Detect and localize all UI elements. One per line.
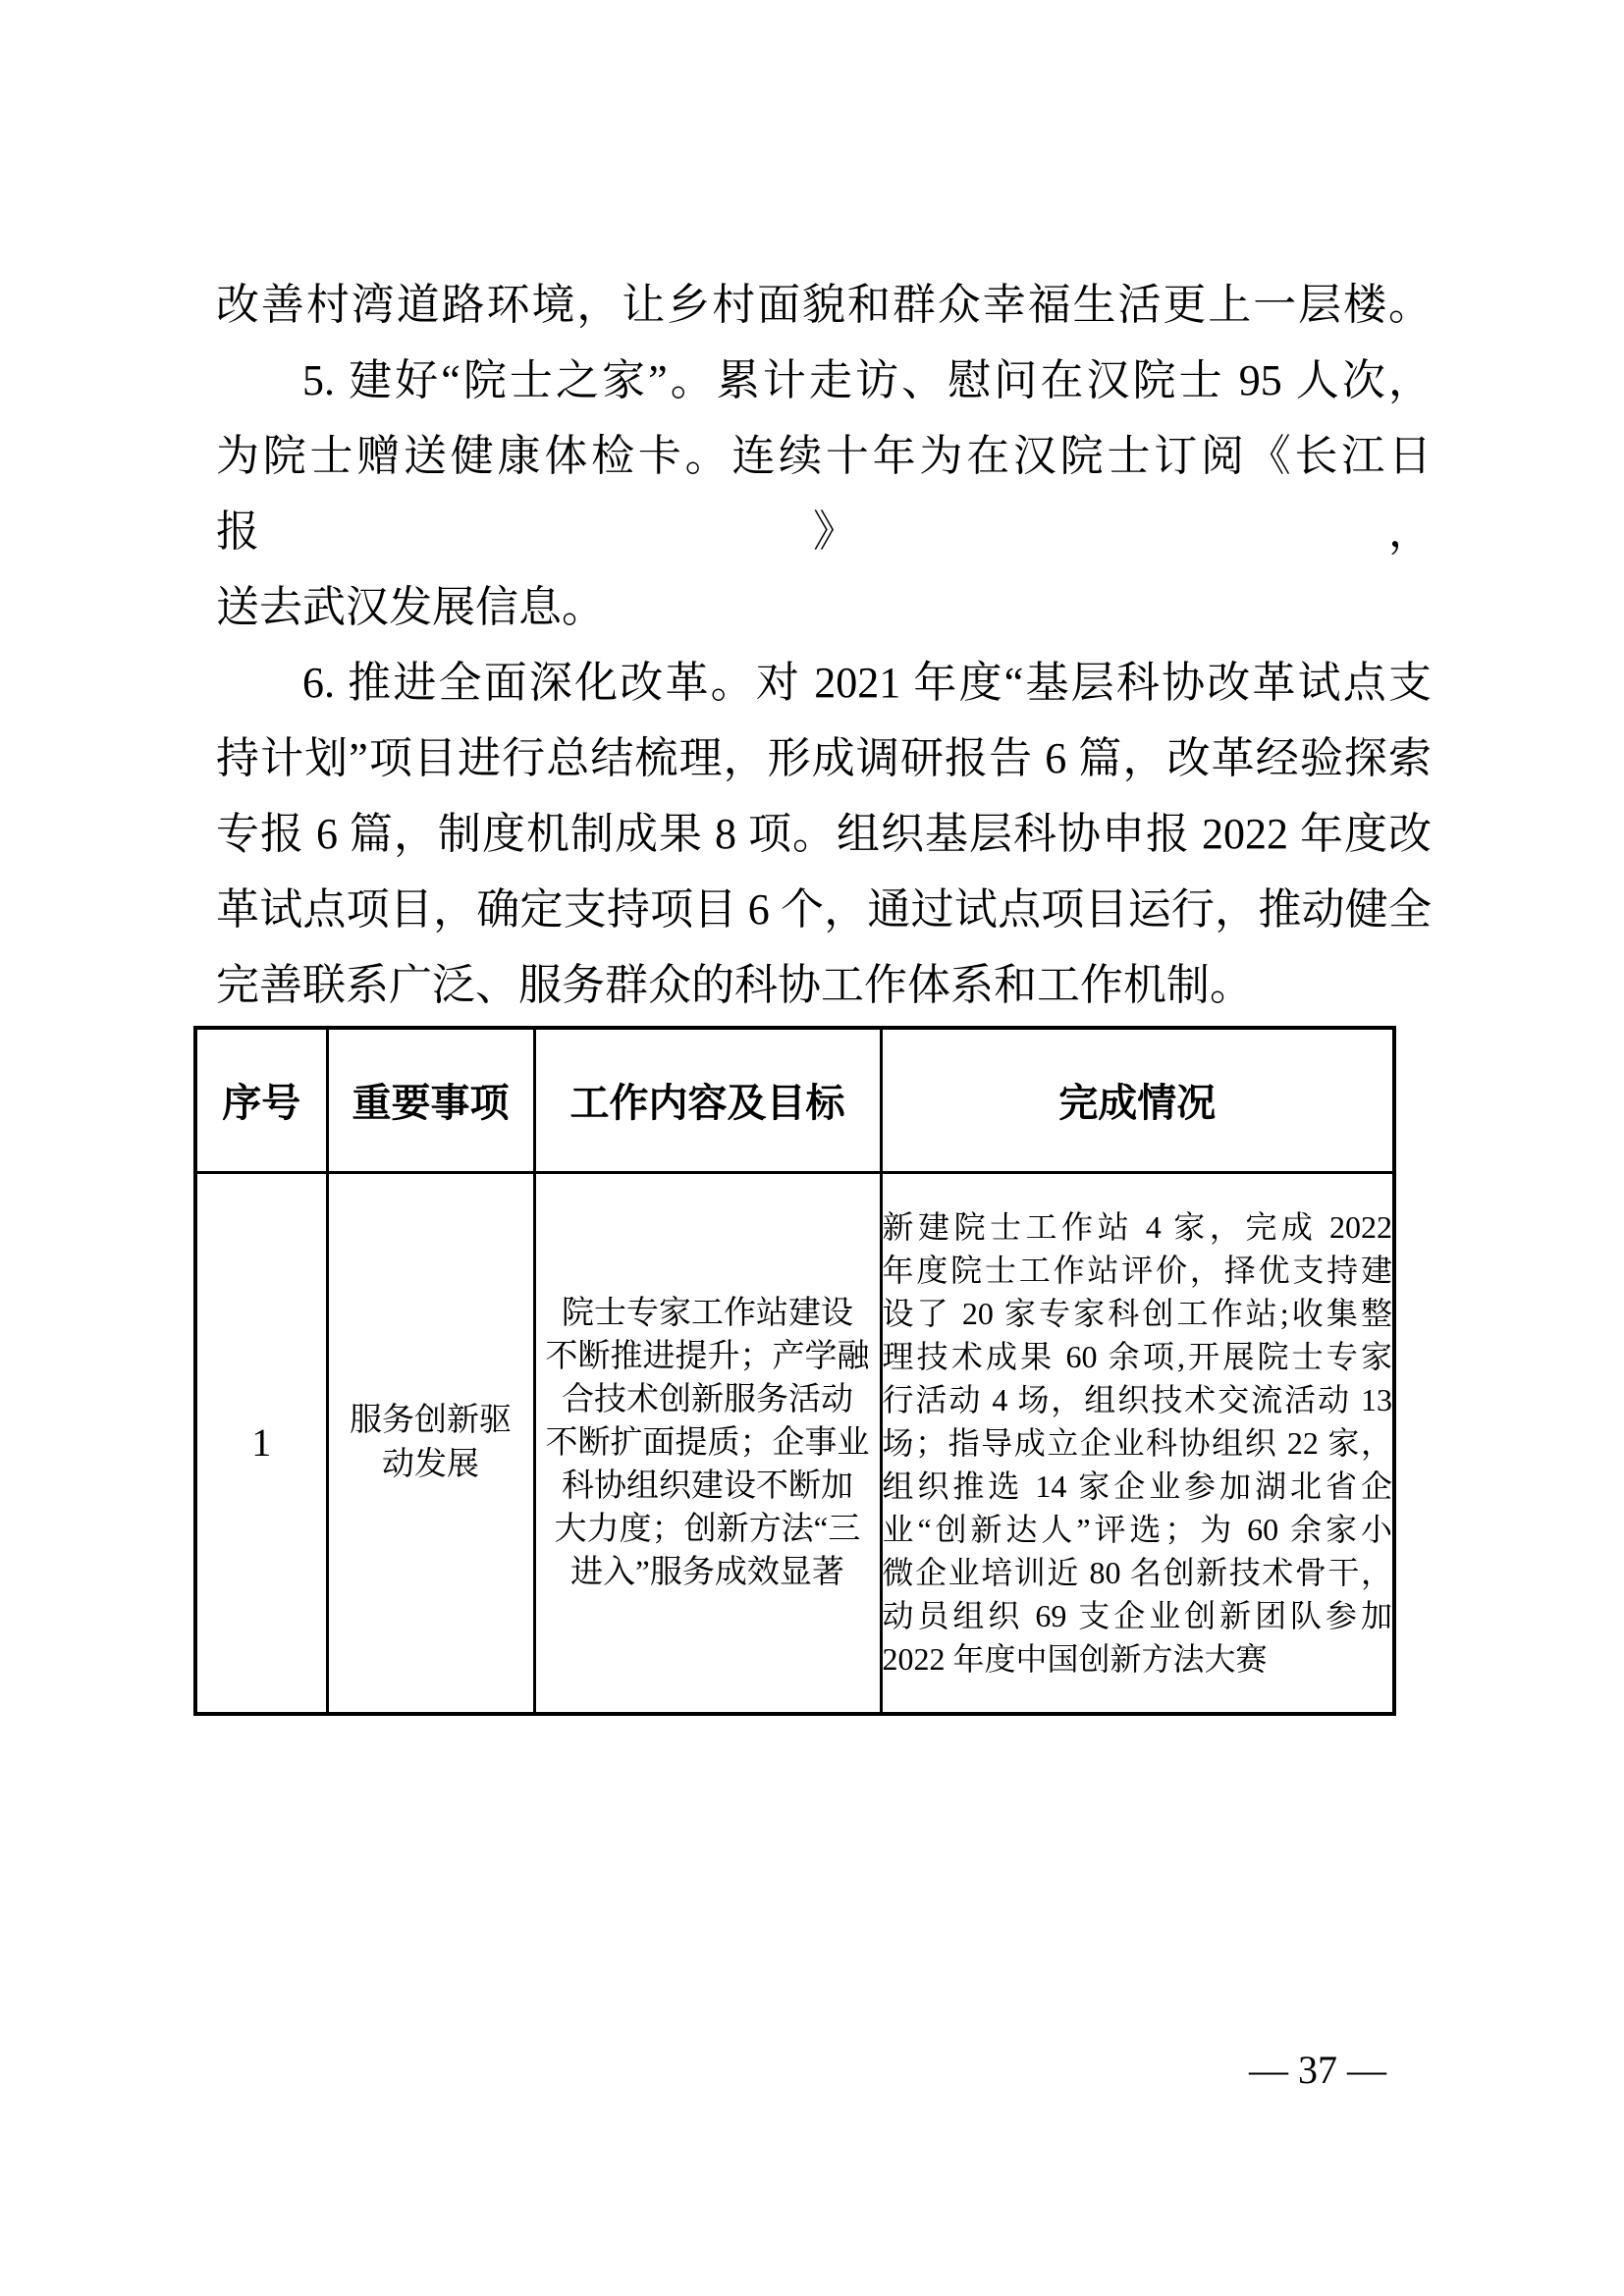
cell-item-line: 动发展 <box>329 1443 533 1487</box>
cell-goal: 院士专家工作站建设 不断推进提升；产学融 合技术创新服务活动 不断扩面提质；企事… <box>534 1172 881 1714</box>
cell-goal-line: 不断扩面提质；企事业 <box>536 1421 880 1465</box>
cell-goal-line: 合技术创新服务活动 <box>536 1378 880 1421</box>
cell-completion-line: 设了 20 家专家科创工作站;收集整 <box>883 1292 1393 1335</box>
page-number: — 37 — <box>1229 2047 1406 2094</box>
paragraph-line: 送去武汉发展信息。 <box>216 569 1432 645</box>
cell-completion-line: 微企业培训近 80 名创新技术骨干， <box>883 1551 1393 1594</box>
header-completion: 完成情况 <box>881 1028 1394 1172</box>
cell-goal-line: 进入”服务成效显著 <box>536 1551 880 1594</box>
table-row: 1 服务创新驱 动发展 院士专家工作站建设 不断推进提升；产学融 合技术创新服务… <box>195 1172 1394 1714</box>
cell-completion-line: 业“创新达人”评选；为 60 余家小 <box>883 1508 1393 1551</box>
cell-completion-line: 场；指导成立企业科协组织 22 家， <box>883 1421 1393 1465</box>
cell-completion-line: 动员组织 69 支企业创新团队参加 <box>883 1594 1393 1637</box>
cell-completion-line: 组织推选 14 家企业参加湖北省企 <box>883 1465 1393 1508</box>
cell-index: 1 <box>195 1172 327 1714</box>
paragraph-line: 5. 建好“院士之家”。累计走访、慰问在汉院士 95 人次， <box>216 343 1432 418</box>
cell-completion-line: 行活动 4 场，组织技术交流活动 13 <box>883 1378 1393 1421</box>
cell-goal-line: 不断推进提升；产学融 <box>536 1335 880 1378</box>
paragraph-line: 改善村湾道路环境，让乡村面貌和群众幸福生活更上一层楼。 <box>216 267 1432 343</box>
cell-completion-line: 年度院士工作站评价，择优支持建 <box>883 1249 1393 1292</box>
paragraph-line: 持计划”项目进行总结梳理，形成调研报告 6 篇，改革经验探索 <box>216 721 1432 796</box>
paragraph-line: 完善联系广泛、服务群众的科协工作体系和工作机制。 <box>216 947 1432 1023</box>
paragraph-line: 为院士赠送健康体检卡。连续十年为在汉院士订阅《长江日报》， <box>216 418 1432 569</box>
cell-completion: 新建院士工作站 4 家，完成 2022 年度院士工作站评价，择优支持建 设了 2… <box>881 1172 1394 1714</box>
document-page: 改善村湾道路环境，让乡村面貌和群众幸福生活更上一层楼。 5. 建好“院士之家”。… <box>0 0 1624 2296</box>
summary-table: 序号 重要事项 工作内容及目标 完成情况 1 服务创新驱 动发展 院士专家工作站… <box>193 1026 1396 1716</box>
paragraph-line: 革试点项目，确定支持项目 6 个，通过试点项目运行，推动健全 <box>216 872 1432 947</box>
cell-completion-line: 理技术成果 60 余项,开展院士专家 <box>883 1335 1393 1378</box>
cell-completion-line: 新建院士工作站 4 家，完成 2022 <box>883 1205 1393 1249</box>
header-goal: 工作内容及目标 <box>534 1028 881 1172</box>
cell-goal-line: 大力度；创新方法“三 <box>536 1508 880 1551</box>
body-text: 改善村湾道路环境，让乡村面貌和群众幸福生活更上一层楼。 5. 建好“院士之家”。… <box>216 267 1432 1023</box>
cell-item-line: 服务创新驱 <box>329 1399 533 1443</box>
cell-item: 服务创新驱 动发展 <box>327 1172 534 1714</box>
paragraph-line: 6. 推进全面深化改革。对 2021 年度“基层科协改革试点支 <box>216 645 1432 721</box>
cell-goal-line: 院士专家工作站建设 <box>536 1292 880 1335</box>
table-header-row: 序号 重要事项 工作内容及目标 完成情况 <box>195 1028 1394 1172</box>
paragraph-line: 专报 6 篇，制度机制成果 8 项。组织基层科协申报 2022 年度改 <box>216 796 1432 872</box>
cell-completion-line: 2022 年度中国创新方法大赛 <box>883 1637 1393 1681</box>
cell-goal-line: 科协组织建设不断加 <box>536 1465 880 1508</box>
header-item: 重要事项 <box>327 1028 534 1172</box>
header-index: 序号 <box>195 1028 327 1172</box>
